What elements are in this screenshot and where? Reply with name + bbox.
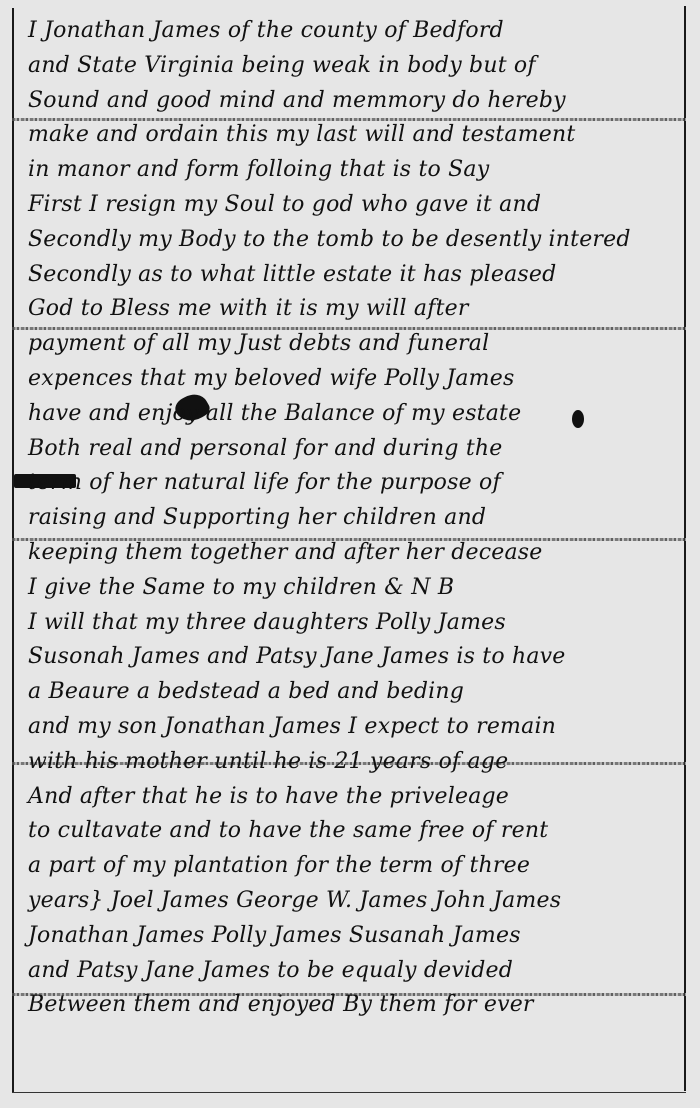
text-line: keeping them together and after her dece… — [28, 536, 688, 571]
text-line: God to Bless me with it is my will after — [28, 292, 688, 327]
text-line: make and ordain this my last will and te… — [28, 118, 688, 153]
text-line: payment of all my Just debts and funeral — [28, 327, 688, 362]
text-line: a part of my plantation for the term of … — [28, 849, 688, 884]
text-line: Between them and enjoyed By them for eve… — [28, 988, 688, 1023]
text-line: And after that he is to have the privele… — [28, 780, 688, 815]
text-line: raising and Supporting her children and — [28, 501, 688, 536]
handwritten-text: I Jonathan James of the county of Bedfor… — [28, 14, 688, 1023]
text-line: in manor and form folloing that is to Sa… — [28, 153, 688, 188]
text-line: First I resign my Soul to god who gave i… — [28, 188, 688, 223]
text-line: and my son Jonathan James I expect to re… — [28, 710, 688, 745]
text-line: Jonathan James Polly James Susanah James — [28, 919, 688, 954]
text-line: Sound and good mind and memmory do hereb… — [28, 84, 688, 119]
text-line: I will that my three daughters Polly Jam… — [28, 606, 688, 641]
text-line: with his mother until he is 21 years of … — [28, 745, 688, 780]
text-line: term of her natural life for the purpose… — [28, 466, 688, 501]
text-line: have and enjoy all the Balance of my est… — [28, 397, 688, 432]
text-line: expences that my beloved wife Polly Jame… — [28, 362, 688, 397]
document-page: I Jonathan James of the county of Bedfor… — [0, 0, 700, 1108]
text-line: Susonah James and Patsy Jane James is to… — [28, 640, 688, 675]
page-border-left — [12, 8, 14, 1093]
text-line: and Patsy Jane James to be equaly devide… — [28, 954, 688, 989]
text-line: Secondly my Body to the tomb to be desen… — [28, 223, 688, 258]
text-line: years} Joel James George W. James John J… — [28, 884, 688, 919]
text-line: I Jonathan James of the county of Bedfor… — [28, 14, 688, 49]
text-line: a Beaure a bedstead a bed and beding — [28, 675, 688, 710]
text-line: Both real and personal for and during th… — [28, 432, 688, 467]
text-line: Secondly as to what little estate it has… — [28, 258, 688, 293]
text-line: I give the Same to my children & N B — [28, 571, 688, 606]
text-line: and State Virginia being weak in body bu… — [28, 49, 688, 84]
page-border-bottom — [12, 1092, 686, 1093]
text-line: to cultavate and to have the same free o… — [28, 814, 688, 849]
